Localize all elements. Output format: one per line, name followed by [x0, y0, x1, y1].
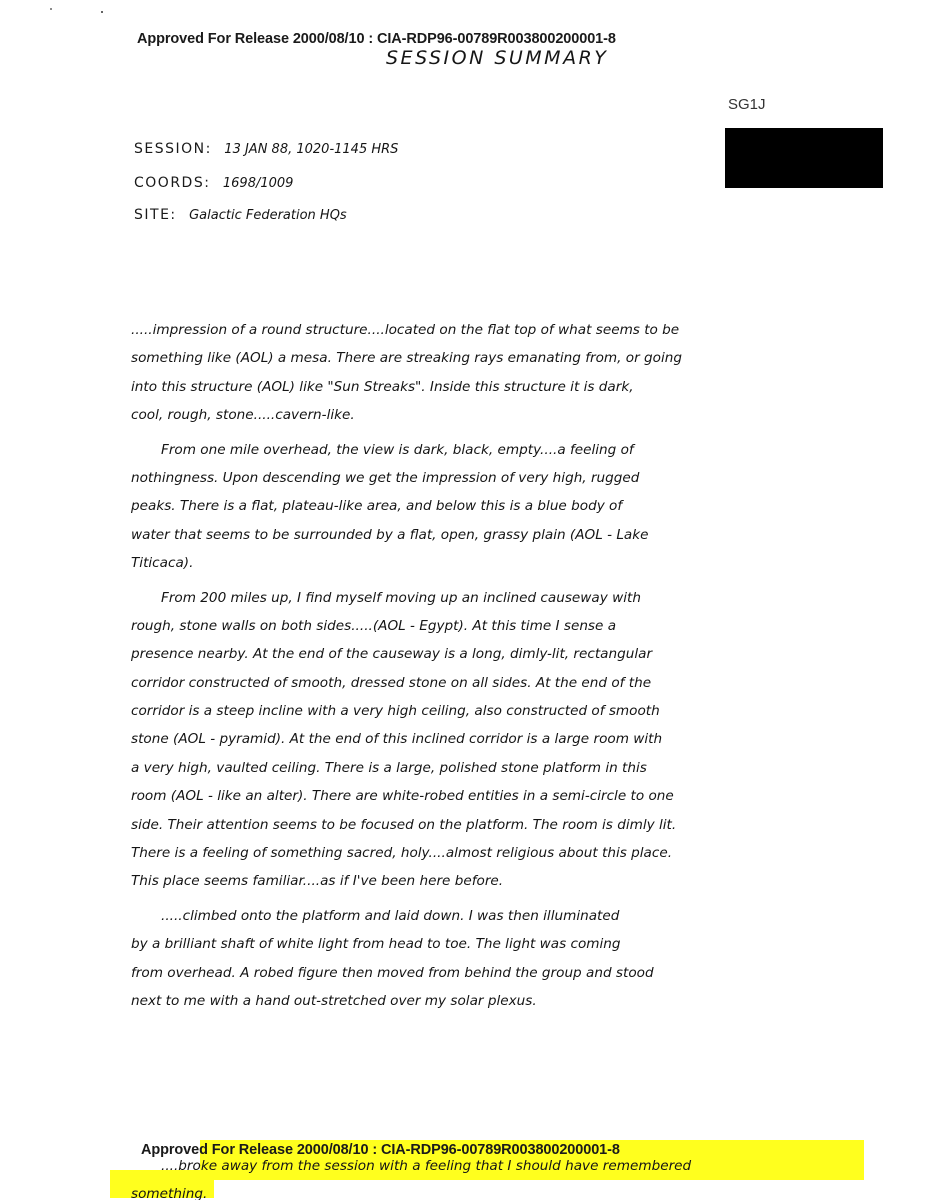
text-line: a very high, vaulted ceiling. There is a… [131, 754, 846, 782]
text-line: corridor constructed of smooth, dressed … [131, 669, 846, 697]
text-line: something. [131, 1180, 691, 1200]
coords-value: 1698/1009 [223, 176, 294, 191]
site-value: Galactic Federation HQs [189, 208, 347, 223]
text-line: .....impression of a round structure....… [131, 316, 846, 344]
coords-label: COORDS: [134, 175, 210, 191]
text-line: stone (AOL - pyramid). At the end of thi… [131, 725, 846, 753]
text-line: .....climbed onto the platform and laid … [131, 902, 846, 930]
session-label: SESSION: [134, 141, 212, 157]
text-line: cool, rough, stone.....cavern-like. [131, 401, 846, 429]
page-title: SESSION SUMMARY [386, 47, 608, 69]
text-line: something like (AOL) a mesa. There are s… [131, 344, 846, 372]
text-line: This place seems familiar....as if I've … [131, 867, 846, 895]
paragraph: .....impression of a round structure....… [131, 316, 846, 430]
text-line: room (AOL - like an alter). There are wh… [131, 782, 846, 810]
paragraph: .....climbed onto the platform and laid … [131, 902, 846, 1016]
text-line: water that seems to be surrounded by a f… [131, 521, 846, 549]
site-field: SITE: Galactic Federation HQs [134, 207, 347, 223]
session-field: SESSION: 13 JAN 88, 1020-1145 HRS [134, 141, 398, 157]
text-line: There is a feeling of something sacred, … [131, 839, 846, 867]
coords-field: COORDS: 1698/1009 [134, 175, 293, 191]
text-line: corridor is a steep incline with a very … [131, 697, 846, 725]
text-line: next to me with a hand out-stretched ove… [131, 987, 846, 1015]
header-release-stamp: Approved For Release 2000/08/10 : CIA-RD… [137, 31, 616, 47]
scan-speck [101, 11, 103, 13]
paragraph: From 200 miles up, I find myself moving … [131, 584, 846, 896]
document-code: SG1J [728, 96, 766, 113]
text-line: peaks. There is a flat, plateau-like are… [131, 492, 846, 520]
text-line: by a brilliant shaft of white light from… [131, 930, 846, 958]
paragraph: From one mile overhead, the view is dark… [131, 436, 846, 578]
highlighted-paragraph: ....broke away from the session with a f… [131, 1152, 691, 1200]
text-line: from overhead. A robed figure then moved… [131, 959, 846, 987]
text-line: From one mile overhead, the view is dark… [131, 436, 846, 464]
text-line: From 200 miles up, I find myself moving … [131, 584, 846, 612]
footer-release-stamp: Approved For Release 2000/08/10 : CIA-RD… [141, 1142, 620, 1158]
scan-speck [50, 8, 52, 10]
session-value: 13 JAN 88, 1020-1145 HRS [224, 142, 398, 157]
text-line: Titicaca). [131, 549, 846, 577]
redaction-block [725, 128, 883, 188]
session-narrative: .....impression of a round structure....… [131, 316, 846, 1015]
text-line: into this structure (AOL) like "Sun Stre… [131, 373, 846, 401]
site-label: SITE: [134, 207, 177, 223]
text-line: rough, stone walls on both sides.....(AO… [131, 612, 846, 640]
text-line: nothingness. Upon descending we get the … [131, 464, 846, 492]
text-line: side. Their attention seems to be focuse… [131, 811, 846, 839]
text-line: presence nearby. At the end of the cause… [131, 640, 846, 668]
